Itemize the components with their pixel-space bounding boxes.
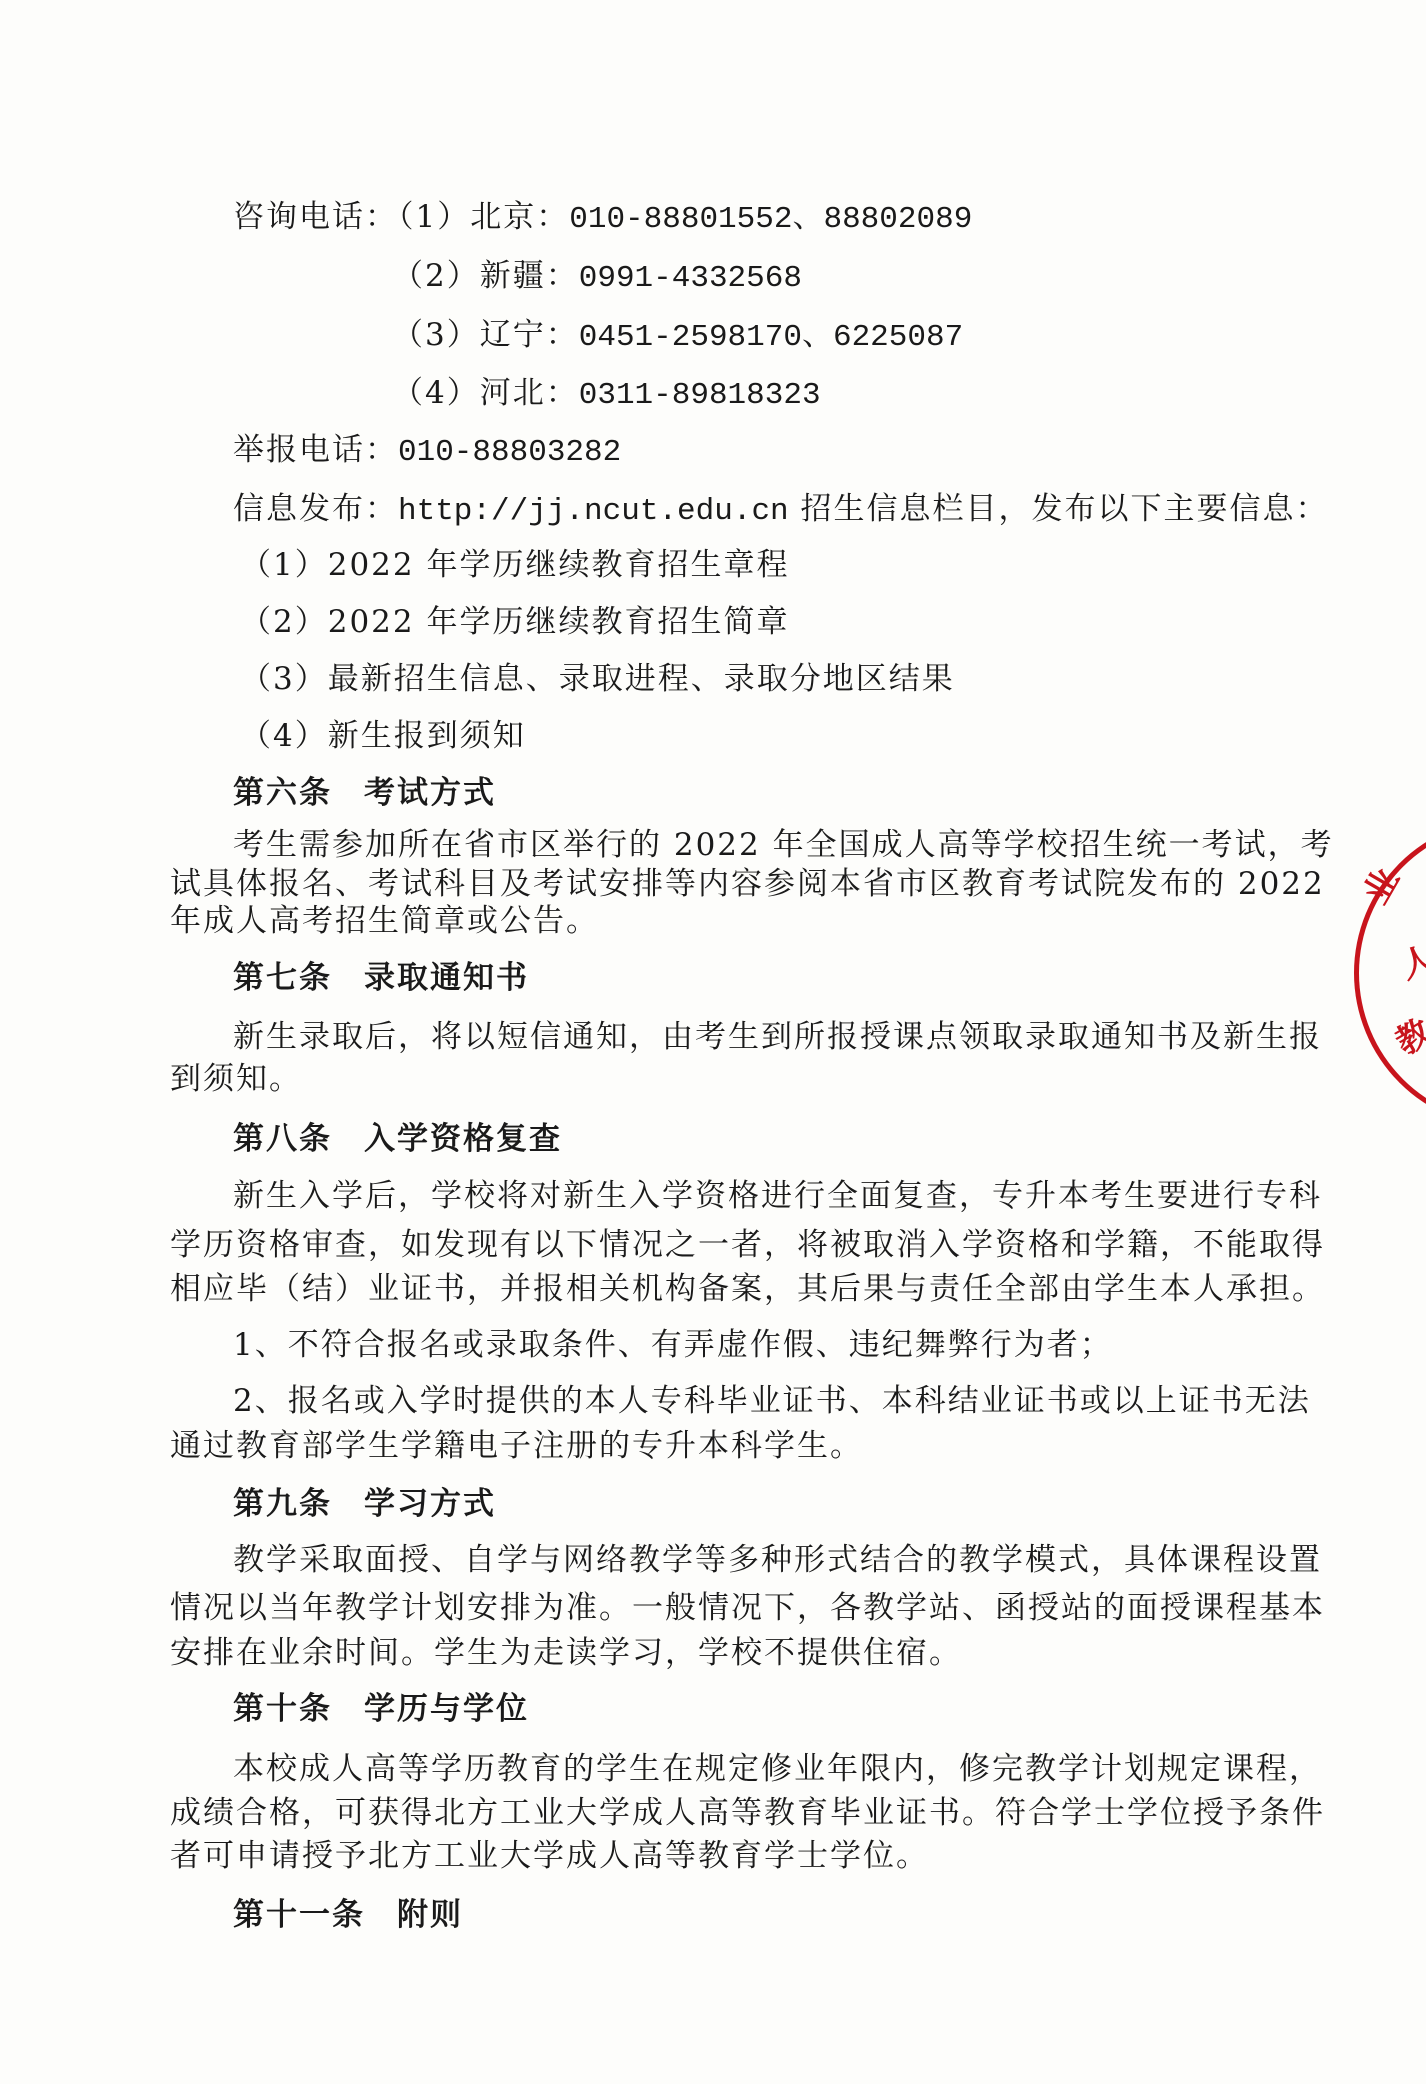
article-title: 附则: [397, 1897, 463, 1933]
contact-line-2: （2）新疆：0991-4332568: [392, 256, 802, 299]
paragraph-line: 安排在业余时间。学生为走读学习，学校不提供住宿。: [170, 1633, 962, 1673]
article-heading: 第六条考试方式: [233, 773, 496, 813]
contact-label: 咨询电话：: [233, 199, 398, 235]
article-title: 学历与学位: [364, 1691, 529, 1727]
contact-line-3: （3）辽宁：0451-2598170、6225087: [392, 315, 963, 358]
paragraph-line: 到须知。: [170, 1059, 302, 1099]
paragraph-line: 年成人高考招生简章或公告。: [170, 901, 599, 941]
paragraph-line: 考生需参加所在省市区举行的 2022 年全国成人高等学校招生统一考试，考: [233, 825, 1334, 865]
paragraph-line: 试具体报名、考试科目及考试安排等内容参阅本省市区教育考试院发布的 2022: [170, 864, 1325, 904]
paragraph-line: 新生录取后，将以短信通知，由考生到所报授课点领取录取通知书及新生报: [233, 1017, 1322, 1057]
paragraph-line: 2、报名或入学时提供的本人专科毕业证书、本科结业证书或以上证书无法: [233, 1381, 1311, 1421]
info-suffix: 招生信息栏目，发布以下主要信息：: [789, 491, 1329, 527]
report-line: 举报电话：010-88803282: [233, 430, 621, 473]
article-heading: 第九条学习方式: [233, 1484, 496, 1524]
paragraph-line: 新生入学后，学校将对新生入学资格进行全面复查，专升本考生要进行专科: [233, 1176, 1322, 1216]
info-item: （2）2022 年学历继续教育招生简章: [240, 602, 789, 642]
article-number: 第七条: [233, 960, 332, 996]
contact-phone: 0311-89818323: [579, 378, 821, 413]
paragraph-line: 成绩合格，可获得北方工业大学成人高等教育毕业证书。符合学士学位授予条件: [170, 1793, 1325, 1833]
paragraph-line: 本校成人高等学历教育的学生在规定修业年限内，修完教学计划规定课程，: [233, 1749, 1322, 1789]
article-title: 录取通知书: [364, 960, 529, 996]
info-url: http://jj.ncut.edu.cn: [398, 494, 789, 529]
contact-phone: 0451-2598170、6225087: [579, 320, 963, 355]
contact-region: 河北：: [480, 375, 579, 411]
contact-index: （3）: [392, 317, 480, 353]
article-number: 第八条: [233, 1121, 332, 1157]
paragraph-line: 相应毕（结）业证书，并报相关机构备案，其后果与责任全部由学生本人承担。: [170, 1269, 1325, 1309]
article-number: 第十一条: [233, 1897, 365, 1933]
document-page: 咨询电话：（1）北京：010-88801552、88802089 （2）新疆：0…: [0, 0, 1426, 2084]
contact-index: （1）: [398, 199, 470, 235]
contact-line-1: 咨询电话：（1）北京：010-88801552、88802089: [233, 197, 972, 240]
paragraph-line: 1、不符合报名或录取条件、有弄虚作假、违纪舞弊行为者；: [233, 1325, 1113, 1365]
info-label: 信息发布：: [233, 491, 398, 527]
contact-region: 北京：: [470, 199, 569, 235]
info-line: 信息发布：http://jj.ncut.edu.cn 招生信息栏目，发布以下主要…: [233, 489, 1329, 532]
contact-line-4: （4）河北：0311-89818323: [392, 373, 821, 416]
contact-index: （4）: [392, 375, 480, 411]
article-heading: 第十一条附则: [233, 1895, 463, 1935]
contact-index: （2）: [392, 258, 480, 294]
paragraph-line: 情况以当年教学计划安排为准。一般情况下，各教学站、函授站的面授课程基本: [170, 1588, 1325, 1628]
info-item: （4）新生报到须知: [240, 716, 526, 756]
contact-region: 新疆：: [480, 258, 579, 294]
article-title: 考试方式: [364, 775, 496, 811]
article-heading: 第七条录取通知书: [233, 958, 529, 998]
article-heading: 第八条入学资格复查: [233, 1119, 562, 1159]
report-phone: 010-88803282: [398, 435, 621, 470]
article-title: 入学资格复查: [364, 1121, 562, 1157]
paragraph-line: 通过教育部学生学籍电子注册的专升本科学生。: [170, 1426, 863, 1466]
article-number: 第六条: [233, 775, 332, 811]
paragraph-line: 者可申请授予北方工业大学成人高等教育学士学位。: [170, 1836, 929, 1876]
paragraph-line: 教学采取面授、自学与网络教学等多种形式结合的教学模式，具体课程设置: [233, 1540, 1322, 1580]
info-item: （1）2022 年学历继续教育招生章程: [240, 545, 789, 585]
paragraph-line: 学历资格审查，如发现有以下情况之一者，将被取消入学资格和学籍，不能取得: [170, 1225, 1325, 1265]
info-item: （3）最新招生信息、录取进程、录取分地区结果: [240, 659, 955, 699]
article-heading: 第十条学历与学位: [233, 1689, 529, 1729]
article-number: 第九条: [233, 1486, 332, 1522]
article-number: 第十条: [233, 1691, 332, 1727]
contact-region: 辽宁：: [480, 317, 579, 353]
contact-phone: 010-88801552、88802089: [569, 202, 972, 237]
contact-phone: 0991-4332568: [579, 261, 802, 296]
article-title: 学习方式: [364, 1486, 496, 1522]
report-label: 举报电话：: [233, 432, 398, 468]
